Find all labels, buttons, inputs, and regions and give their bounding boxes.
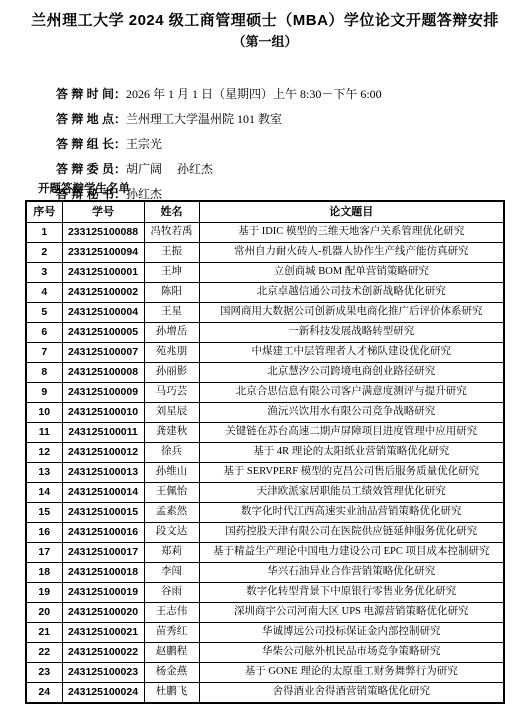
thesis-title-cell: 立创商城 BOM 配单营销策略研究 xyxy=(199,263,504,283)
student-name-cell: 徐兵 xyxy=(144,443,199,463)
row-index-cell: 12 xyxy=(26,443,62,463)
student-id-cell: 243125100011 xyxy=(62,423,144,443)
student-id-cell: 243125100013 xyxy=(62,463,144,483)
student-name-cell: 赵鹏程 xyxy=(144,643,199,663)
thesis-title-cell: 华柴公司舷外机民品市场竞争策略研究 xyxy=(199,643,504,663)
student-roster-table: 序号 学号 姓名 论文题目 1233125100088冯牧若禹基于 IDIC 模… xyxy=(25,200,505,704)
student-name-cell: 王振 xyxy=(144,243,199,263)
row-index-cell: 18 xyxy=(26,563,62,583)
student-id-cell: 243125100014 xyxy=(62,483,144,503)
row-index-cell: 24 xyxy=(26,683,62,704)
thesis-title-cell: 华诚博远公司投标保证金内部控制研究 xyxy=(199,623,504,643)
table-row: 21243125100021苗秀红华诚博远公司投标保证金内部控制研究 xyxy=(26,623,504,643)
student-name-cell: 冯牧若禹 xyxy=(144,223,199,243)
thesis-title-cell: 舍得酒业舍得酒营销策略优化研究 xyxy=(199,683,504,704)
student-name-cell: 刘星辰 xyxy=(144,403,199,423)
student-name-cell: 段文达 xyxy=(144,523,199,543)
thesis-title-cell: 中煤建工中层管理者人才梯队建设优化研究 xyxy=(199,343,504,363)
row-index-cell: 19 xyxy=(26,583,62,603)
row-index-cell: 4 xyxy=(26,283,62,303)
table-row: 10243125100010刘星辰渔沅兴饮用水有限公司竞争战略研究 xyxy=(26,403,504,423)
student-name-cell: 孙丽影 xyxy=(144,363,199,383)
thesis-title-cell: 数字化转型背景下中原银行零售业务优化研究 xyxy=(199,583,504,603)
row-index-cell: 5 xyxy=(26,303,62,323)
info-label-committee: 答 辩 委 员： xyxy=(56,162,126,176)
row-index-cell: 8 xyxy=(26,363,62,383)
info-label-time: 答 辩 时 间： xyxy=(56,87,126,101)
thesis-title-cell: 天津欧派家居职能员工绩效管理优化研究 xyxy=(199,483,504,503)
row-index-cell: 23 xyxy=(26,663,62,683)
student-name-cell: 马巧芸 xyxy=(144,383,199,403)
row-index-cell: 14 xyxy=(26,483,62,503)
row-index-cell: 2 xyxy=(26,243,62,263)
student-id-cell: 243125100019 xyxy=(62,583,144,603)
thesis-title-cell: 基于 SERVPERF 模型的克昌公司售后服务质量优化研究 xyxy=(199,463,504,483)
student-id-cell: 243125100020 xyxy=(62,603,144,623)
student-name-cell: 王志伟 xyxy=(144,603,199,623)
student-id-cell: 243125100018 xyxy=(62,563,144,583)
student-name-cell: 谷雨 xyxy=(144,583,199,603)
student-name-cell: 陈阳 xyxy=(144,283,199,303)
student-name-cell: 孙增岳 xyxy=(144,323,199,343)
thesis-title-cell: 华兴石油异业合作营销策略优化研究 xyxy=(199,563,504,583)
row-index-cell: 20 xyxy=(26,603,62,623)
table-row: 16243125100016段文达国药控股天津有限公司在医院供应链延伸服务优化研… xyxy=(26,523,504,543)
student-name-cell: 苑兆朋 xyxy=(144,343,199,363)
info-value-location: 兰州理工大学温州院 101 教室 xyxy=(126,112,282,126)
row-index-cell: 21 xyxy=(26,623,62,643)
info-value-chair: 王宗光 xyxy=(126,137,162,151)
student-id-cell: 243125100016 xyxy=(62,523,144,543)
table-row: 3243125100001王坤立创商城 BOM 配单营销策略研究 xyxy=(26,263,504,283)
thesis-title-cell: 北京合思信息有限公司客户满意度测评与提升研究 xyxy=(199,383,504,403)
table-row: 22243125100022赵鹏程华柴公司舷外机民品市场竞争策略研究 xyxy=(26,643,504,663)
student-id-cell: 243125100002 xyxy=(62,283,144,303)
student-id-cell: 243125100012 xyxy=(62,443,144,463)
thesis-title-cell: 常州自力耐火砖人-机器人协作生产线产能仿真研究 xyxy=(199,243,504,263)
thesis-title-cell: 数字化时代江西高速实业油品营销策略优化研究 xyxy=(199,503,504,523)
info-value-secretary: 孙红杰 xyxy=(126,187,162,201)
table-row: 1233125100088冯牧若禹基于 IDIC 模型的三维天地客户关系管理优化… xyxy=(26,223,504,243)
thesis-title-cell: 基于精益生产理论中国电力建设公司 EPC 项目成本控制研究 xyxy=(199,543,504,563)
student-name-cell: 郑莉 xyxy=(144,543,199,563)
student-id-cell: 243125100021 xyxy=(62,623,144,643)
student-id-cell: 233125100088 xyxy=(62,223,144,243)
student-name-cell: 苗秀红 xyxy=(144,623,199,643)
student-name-cell: 王坤 xyxy=(144,263,199,283)
info-label-chair: 答 辩 组 长： xyxy=(56,137,126,151)
defense-info-block: 答 辩 时 间：2026 年 1 月 1 日（星期四）上午 8:30－下午 6:… xyxy=(38,57,530,182)
thesis-title-cell: 基于 IDIC 模型的三维天地客户关系管理优化研究 xyxy=(199,223,504,243)
thesis-title-cell: 国药控股天津有限公司在医院供应链延伸服务优化研究 xyxy=(199,523,504,543)
student-id-cell: 243125100001 xyxy=(62,263,144,283)
student-id-cell: 243125100017 xyxy=(62,543,144,563)
table-row: 8243125100008孙丽影北京慧汐公司跨境电商创业路径研究 xyxy=(26,363,504,383)
table-row: 15243125100015孟素然数字化时代江西高速实业油品营销策略优化研究 xyxy=(26,503,504,523)
table-row: 18243125100018李闯华兴石油异业合作营销策略优化研究 xyxy=(26,563,504,583)
thesis-title-cell: 基于 GONE 理论的太原重工财务舞弊行为研究 xyxy=(199,663,504,683)
student-id-cell: 243125100008 xyxy=(62,363,144,383)
row-index-cell: 22 xyxy=(26,643,62,663)
thesis-title-cell: 基于 4R 理论的太阳纸业营销策略优化研究 xyxy=(199,443,504,463)
info-label-location: 答 辩 地 点： xyxy=(56,112,126,126)
info-line-time: 答 辩 时 间：2026 年 1 月 1 日（星期四）上午 8:30－下午 6:… xyxy=(38,57,530,82)
student-id-cell: 243125100009 xyxy=(62,383,144,403)
student-name-cell: 孙维山 xyxy=(144,463,199,483)
student-id-cell: 243125100023 xyxy=(62,663,144,683)
student-name-cell: 杨金燕 xyxy=(144,663,199,683)
student-name-cell: 龚建秋 xyxy=(144,423,199,443)
student-name-cell: 李闯 xyxy=(144,563,199,583)
student-list-title: 开题答辩学生名单 xyxy=(38,182,530,197)
column-header-thesis-title: 论文题目 xyxy=(199,201,504,223)
table-row: 23243125100023杨金燕基于 GONE 理论的太原重工财务舞弊行为研究 xyxy=(26,663,504,683)
info-value-time: 2026 年 1 月 1 日（星期四）上午 8:30－下午 6:00 xyxy=(126,87,382,101)
thesis-title-cell: 关键链在苏台高速二期声屏障项目进度管理中应用研究 xyxy=(199,423,504,443)
thesis-title-cell: 一新科技发展战略转型研究 xyxy=(199,323,504,343)
table-row: 20243125100020王志伟深圳商宇公司河南大区 UPS 电源营销策略优化… xyxy=(26,603,504,623)
table-row: 17243125100017郑莉基于精益生产理论中国电力建设公司 EPC 项目成… xyxy=(26,543,504,563)
table-row: 6243125100005孙增岳一新科技发展战略转型研究 xyxy=(26,323,504,343)
row-index-cell: 15 xyxy=(26,503,62,523)
row-index-cell: 10 xyxy=(26,403,62,423)
row-index-cell: 9 xyxy=(26,383,62,403)
thesis-title-cell: 北京卓越信通公司技术创新战略优化研究 xyxy=(199,283,504,303)
table-row: 19243125100019谷雨数字化转型背景下中原银行零售业务优化研究 xyxy=(26,583,504,603)
table-row: 24243125100024杜鹏飞舍得酒业舍得酒营销策略优化研究 xyxy=(26,683,504,704)
thesis-title-cell: 北京慧汐公司跨境电商创业路径研究 xyxy=(199,363,504,383)
table-row: 14243125100014王佩怡天津欧派家居职能员工绩效管理优化研究 xyxy=(26,483,504,503)
student-name-cell: 王佩怡 xyxy=(144,483,199,503)
student-id-cell: 243125100022 xyxy=(62,643,144,663)
table-row: 9243125100009马巧芸北京合思信息有限公司客户满意度测评与提升研究 xyxy=(26,383,504,403)
document-page: 兰州理工大学 2024 级工商管理硕士（MBA）学位论文开题答辩安排 （第一组）… xyxy=(0,0,530,724)
thesis-title-cell: 国网商用大数据公司创新成果电商化推广后评价体系研究 xyxy=(199,303,504,323)
row-index-cell: 16 xyxy=(26,523,62,543)
row-index-cell: 13 xyxy=(26,463,62,483)
student-id-cell: 243125100024 xyxy=(62,683,144,704)
thesis-title-cell: 渔沅兴饮用水有限公司竞争战略研究 xyxy=(199,403,504,423)
student-name-cell: 杜鹏飞 xyxy=(144,683,199,704)
table-row: 13243125100013孙维山基于 SERVPERF 模型的克昌公司售后服务… xyxy=(26,463,504,483)
row-index-cell: 1 xyxy=(26,223,62,243)
info-value-committee: 胡广阔 孙红杰 xyxy=(126,162,213,176)
row-index-cell: 3 xyxy=(26,263,62,283)
student-name-cell: 孟素然 xyxy=(144,503,199,523)
table-row: 11243125100011龚建秋关键链在苏台高速二期声屏障项目进度管理中应用研… xyxy=(26,423,504,443)
student-id-cell: 243125100004 xyxy=(62,303,144,323)
student-name-cell: 王星 xyxy=(144,303,199,323)
student-id-cell: 233125100094 xyxy=(62,243,144,263)
student-id-cell: 243125100010 xyxy=(62,403,144,423)
row-index-cell: 6 xyxy=(26,323,62,343)
student-id-cell: 243125100015 xyxy=(62,503,144,523)
row-index-cell: 7 xyxy=(26,343,62,363)
table-row: 4243125100002陈阳北京卓越信通公司技术创新战略优化研究 xyxy=(26,283,504,303)
table-row: 2233125100094王振常州自力耐火砖人-机器人协作生产线产能仿真研究 xyxy=(26,243,504,263)
table-row: 12243125100012徐兵基于 4R 理论的太阳纸业营销策略优化研究 xyxy=(26,443,504,463)
student-id-cell: 243125100005 xyxy=(62,323,144,343)
thesis-title-cell: 深圳商宇公司河南大区 UPS 电源营销策略优化研究 xyxy=(199,603,504,623)
page-title: 兰州理工大学 2024 级工商管理硕士（MBA）学位论文开题答辩安排 xyxy=(0,10,530,32)
row-index-cell: 11 xyxy=(26,423,62,443)
row-index-cell: 17 xyxy=(26,543,62,563)
student-id-cell: 243125100007 xyxy=(62,343,144,363)
table-row: 7243125100007苑兆朋中煤建工中层管理者人才梯队建设优化研究 xyxy=(26,343,504,363)
table-row: 5243125100004王星国网商用大数据公司创新成果电商化推广后评价体系研究 xyxy=(26,303,504,323)
page-subtitle: （第一组） xyxy=(0,32,530,51)
